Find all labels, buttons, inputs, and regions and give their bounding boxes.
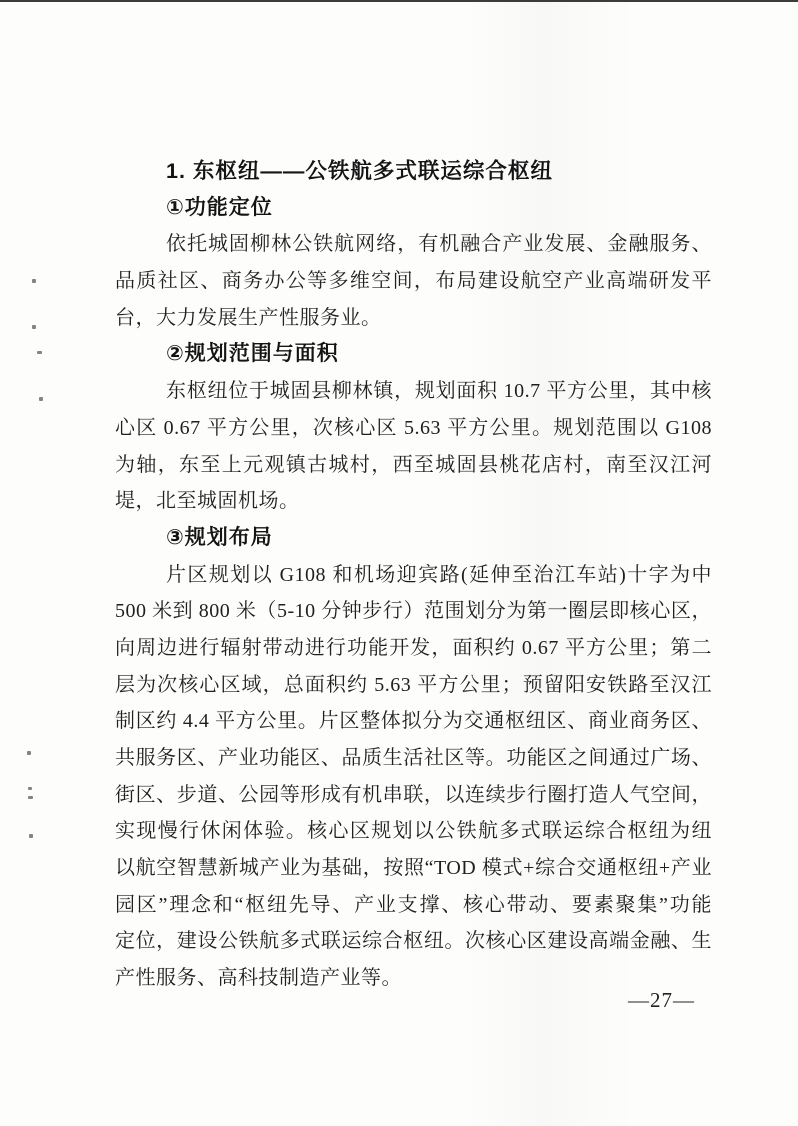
scan-speck	[29, 834, 33, 838]
scan-speck	[37, 351, 42, 354]
scan-speck	[39, 397, 43, 401]
text-line: 以航空智慧新城产业为基础，按照“TOD 模式+综合交通枢纽+产业	[115, 850, 712, 887]
text-line: 依托城固柳林公铁航网络，有机融合产业发展、金融服务、	[115, 226, 712, 263]
text-line: 向周边进行辐射带动进行功能开发，面积约 0.67 平方公里；第二圈	[115, 630, 712, 667]
text-line: 片区规划以 G108 和机场迎宾路(延伸至治江车站)十字为中心，	[115, 557, 712, 594]
text-line: 共服务区、产业功能区、品质生活社区等。功能区之间通过广场、	[115, 740, 712, 777]
section-heading: 1. 东枢纽——公铁航多式联运综合枢纽	[115, 153, 712, 190]
text-line: 堤，北至城固机场。	[115, 483, 712, 520]
text-line: 园区”理念和“枢纽先导、产业支撑、核心带动、要素聚集”功能	[115, 887, 712, 924]
text-line: 品质社区、商务办公等多维空间，布局建设航空产业高端研发平	[115, 263, 712, 300]
document-page: 1. 东枢纽——公铁航多式联运综合枢纽 ①功能定位 依托城固柳林公铁航网络，有机…	[0, 0, 798, 1126]
scan-speck	[27, 751, 31, 755]
text-line: 东枢纽位于城固县柳林镇，规划面积 10.7 平方公里，其中核	[115, 373, 712, 410]
scan-speck	[32, 279, 36, 283]
subsection-heading-scope: ②规划范围与面积	[115, 336, 712, 373]
subsection-heading-layout: ③规划布局	[115, 520, 712, 557]
text-line: 心区 0.67 平方公里，次核心区 5.63 平方公里。规划范围以 G108	[115, 410, 712, 447]
text-line: 定位，建设公铁航多式联运综合枢纽。次核心区建设高端金融、生	[115, 923, 712, 960]
text-line: 层为次核心区域，总面积约 5.63 平方公里；预留阳安铁路至汉江控	[115, 667, 712, 704]
document-body: 1. 东枢纽——公铁航多式联运综合枢纽 ①功能定位 依托城固柳林公铁航网络，有机…	[115, 153, 712, 997]
scan-speck	[32, 325, 36, 329]
text-line: 街区、步道、公园等形成有机串联，以连续步行圈打造人气空间，	[115, 777, 712, 814]
page-number: —27—	[628, 988, 695, 1013]
text-line: 产性服务、高科技制造产业等。	[115, 960, 712, 997]
text-line: 实现慢行休闲体验。核心区规划以公铁航多式联运综合枢纽为纽带，	[115, 813, 712, 850]
text-line: 500 米到 800 米（5-10 分钟步行）范围划分为第一圈层即核心区，	[115, 593, 712, 630]
scan-edge-line	[0, 0, 798, 2]
text-line: 制区约 4.4 平方公里。片区整体拟分为交通枢纽区、商业商务区、公	[115, 703, 712, 740]
text-line: 台，大力发展生产性服务业。	[115, 300, 712, 337]
text-line: 为轴，东至上元观镇古城村，西至城固县桃花店村，南至汉江河	[115, 447, 712, 484]
subsection-heading-function: ①功能定位	[115, 190, 712, 227]
scan-speck	[28, 796, 33, 799]
scan-speck	[28, 787, 32, 790]
